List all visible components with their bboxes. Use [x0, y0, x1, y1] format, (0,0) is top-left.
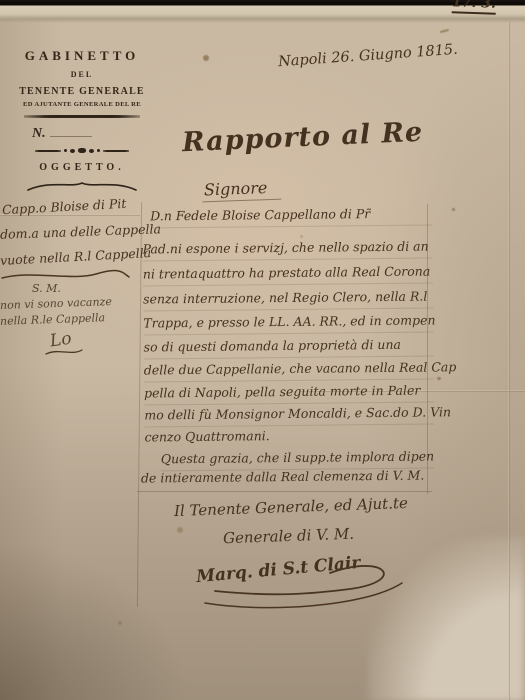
- ink-mark: [440, 29, 449, 33]
- body-line: Pad.ni espone i servizj, che nello spazi…: [143, 238, 433, 261]
- photo-of-document: 17. 3. GABINETTO DEL TENENTE GENERALE ED…: [0, 0, 525, 700]
- stain: [452, 208, 455, 211]
- closing-line-1: Il Tenente Generale, ed Ajut.te: [174, 494, 408, 520]
- brace-flourish: [24, 177, 140, 193]
- body-line: Trappa, e presso le LL. AA. RR., ed in c…: [143, 312, 433, 335]
- number-blank-line: [50, 126, 92, 137]
- minute-heading: S. M.: [32, 282, 61, 295]
- letterhead-line-ajutante: ED AJUTANTE GENERALE DEL RE: [6, 101, 158, 108]
- stain: [437, 377, 441, 380]
- letterhead-title: GABINETTO: [6, 48, 158, 64]
- margin-note-line: dom.a una delle Cappella: [0, 221, 161, 242]
- number-row: N.: [32, 126, 158, 142]
- ruled-line-bottom: [137, 491, 432, 492]
- paper-crease: [508, 22, 510, 700]
- margin-flourish: [0, 268, 132, 282]
- swelled-rule: [24, 115, 140, 118]
- body-line: senza interruzione, nel Regio Clero, nel…: [143, 288, 433, 311]
- body-line: de intieramente dalla Real clemenza di V…: [141, 467, 435, 489]
- minute-line: non vi sono vacanze: [0, 295, 112, 312]
- body-line: pella di Napoli, pella seguita morte in …: [144, 382, 434, 405]
- stain: [177, 527, 183, 533]
- corner-archival-number: 17. 3.: [452, 0, 496, 15]
- stain: [300, 235, 303, 238]
- body-line: so di questi domanda la proprietà di una: [144, 336, 434, 359]
- ornament-divider: [6, 148, 158, 153]
- salutation: Signore: [202, 178, 282, 203]
- body-line: cenzo Quattromani.: [144, 426, 434, 448]
- minute-line: nella R.le Cappella: [0, 311, 105, 328]
- minute-paraph-underline: [44, 346, 84, 358]
- letterhead-line-tenente: TENENTE GENERALE: [6, 86, 158, 97]
- document-paper: 17. 3. GABINETTO DEL TENENTE GENERALE ED…: [0, 2, 525, 700]
- stain: [203, 55, 209, 61]
- date-line: Napoli 26. Giugno 1815.: [278, 42, 459, 71]
- body-line: D.n Fedele Bloise Cappellano di Pr̃: [150, 205, 432, 228]
- report-title: Rapporto al Re: [181, 117, 423, 158]
- letterhead: GABINETTO DEL TENENTE GENERALE ED AJUTAN…: [6, 48, 158, 198]
- body-line: delle due Cappellanie, che vacano nella …: [144, 359, 434, 382]
- signature-paraph: [180, 547, 415, 615]
- object-label: OGGETTO.: [6, 162, 158, 173]
- body-line: mo delli fù Monsignor Moncaldi, e Sac.do…: [144, 404, 434, 427]
- letterhead-line-del: DEL: [6, 70, 158, 79]
- number-label: N.: [32, 126, 46, 141]
- body-line: ni trentaquattro ha prestato alla Real C…: [143, 263, 433, 286]
- closing-line-2: Generale di V. M.: [223, 525, 355, 548]
- stain: [118, 621, 122, 625]
- ruled-line-left: [137, 202, 142, 607]
- margin-note-line: vuote nella R.l Cappella: [0, 245, 151, 268]
- paper-deckle-edge: [0, 2, 525, 24]
